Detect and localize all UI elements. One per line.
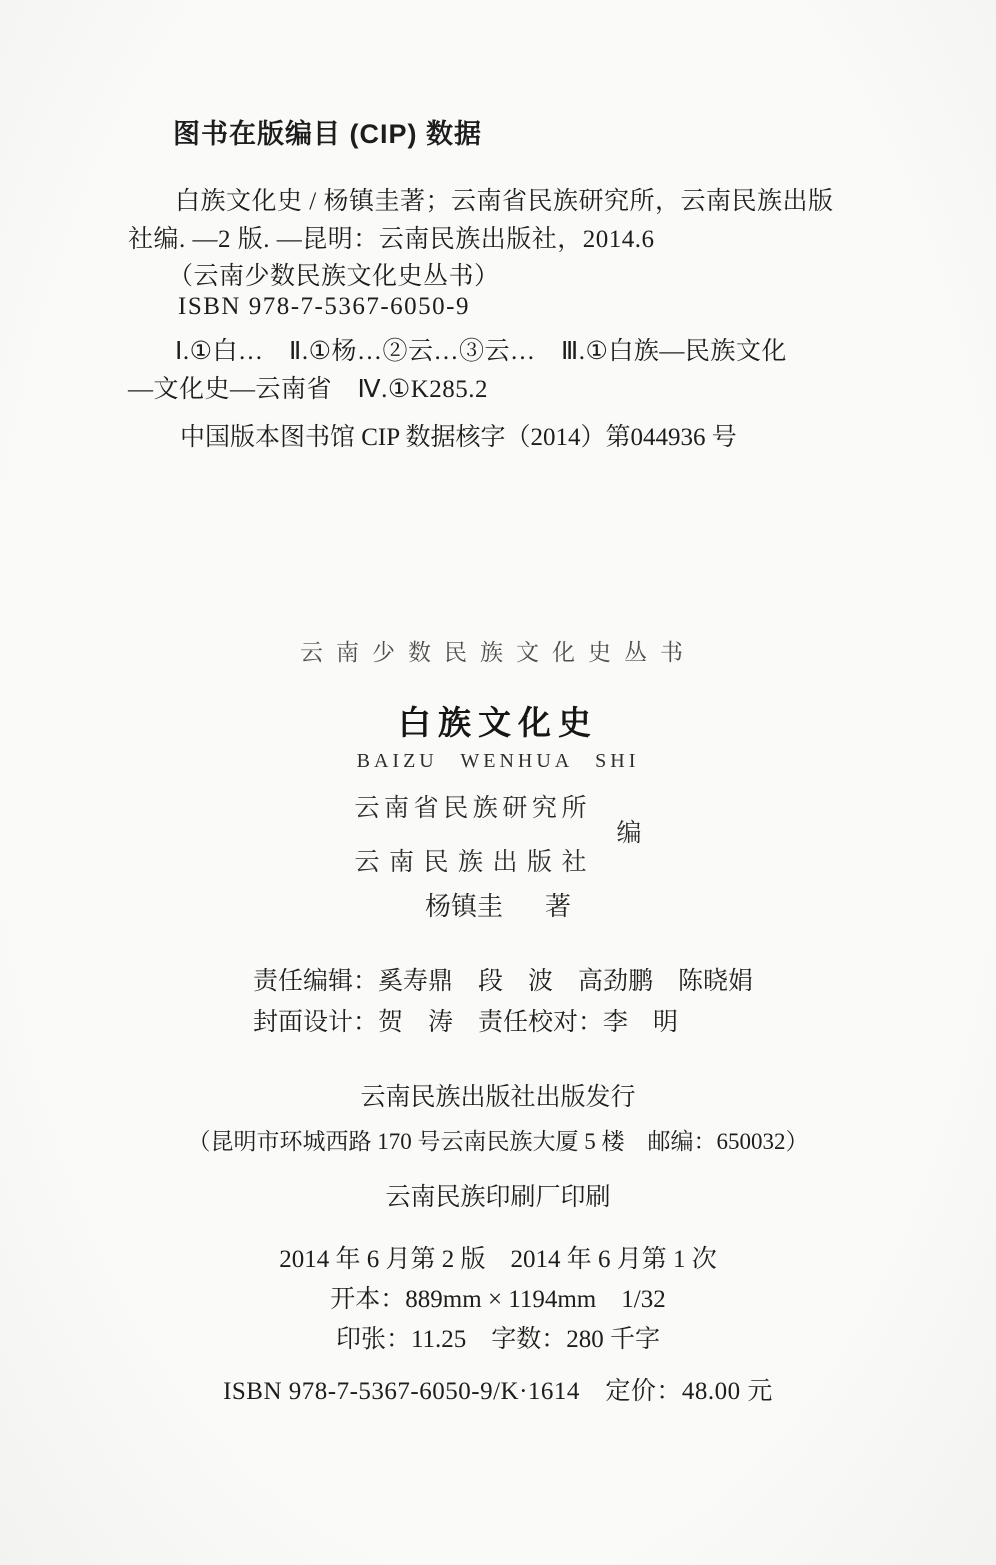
isbn-price-line: ISBN 978-7-5367-6050-9/K·1614 定价：48.00 元 bbox=[0, 1371, 996, 1407]
author-role-label: 著 bbox=[545, 892, 571, 921]
author-name: 杨镇圭 bbox=[425, 892, 503, 921]
printer-line: 云南民族印刷厂印刷 bbox=[0, 1177, 996, 1213]
cip-isbn: ISBN 978-7-5367-6050-9 bbox=[178, 293, 470, 321]
book-title-pinyin: BAIZU WENHUA SHI bbox=[0, 750, 996, 773]
responsible-editors-line: 责任编辑：奚寿鼎 段 波 高劲鹏 陈晓娟 bbox=[253, 961, 753, 997]
cover-design-proofread-line: 封面设计：贺 涛 责任校对：李 明 bbox=[253, 1002, 678, 1038]
compiler-org-1: 云南省民族研究所 bbox=[354, 788, 586, 824]
publisher-line: 云南民族出版社出版发行 bbox=[0, 1077, 996, 1113]
format-line: 开本：889mm × 1194mm 1/32 bbox=[0, 1279, 996, 1315]
cip-classification-line-1: Ⅰ.①白… Ⅱ.①杨…②云…③云… Ⅲ.①白族—民族文化 bbox=[175, 331, 787, 367]
series-title: 云南少数民族文化史丛书 bbox=[0, 634, 996, 667]
cip-series-note: （云南少数民族文化史丛书） bbox=[168, 256, 500, 292]
copyright-page: 图书在版编目 (CIP) 数据 白族文化史 / 杨镇圭著；云南省民族研究所，云南… bbox=[0, 0, 996, 1565]
compiler-role-label: 编 bbox=[616, 813, 641, 853]
cip-registry-number: 中国版本图书馆 CIP 数据核字（2014）第044936 号 bbox=[180, 417, 737, 453]
cip-header: 图书在版编目 (CIP) 数据 bbox=[173, 112, 482, 151]
cip-record-line-1: 白族文化史 / 杨镇圭著；云南省民族研究所，云南民族出版 bbox=[175, 181, 833, 217]
cip-record-line-2: 社编. —2 版. —昆明：云南民族出版社，2014.6 bbox=[128, 219, 655, 255]
compiler-org-2: 云南民族出版社 bbox=[354, 842, 586, 878]
author-line: 杨镇圭著 bbox=[0, 886, 996, 923]
cip-classification-line-2: —文化史—云南省 Ⅳ.①K285.2 bbox=[128, 369, 488, 405]
book-title: 白族文化史 bbox=[0, 697, 996, 744]
compiler-block: 云南省民族研究所 云南民族出版社 编 bbox=[0, 788, 996, 878]
edition-impression-line: 2014 年 6 月第 2 版 2014 年 6 月第 1 次 bbox=[0, 1239, 996, 1275]
publisher-address-line: （昆明市环城西路 170 号云南民族大厦 5 楼 邮编：650032） bbox=[0, 1123, 996, 1156]
compiler-organizations: 云南省民族研究所 云南民族出版社 bbox=[354, 788, 586, 878]
print-sheets-wordcount-line: 印张：11.25 字数：280 千字 bbox=[0, 1319, 996, 1355]
